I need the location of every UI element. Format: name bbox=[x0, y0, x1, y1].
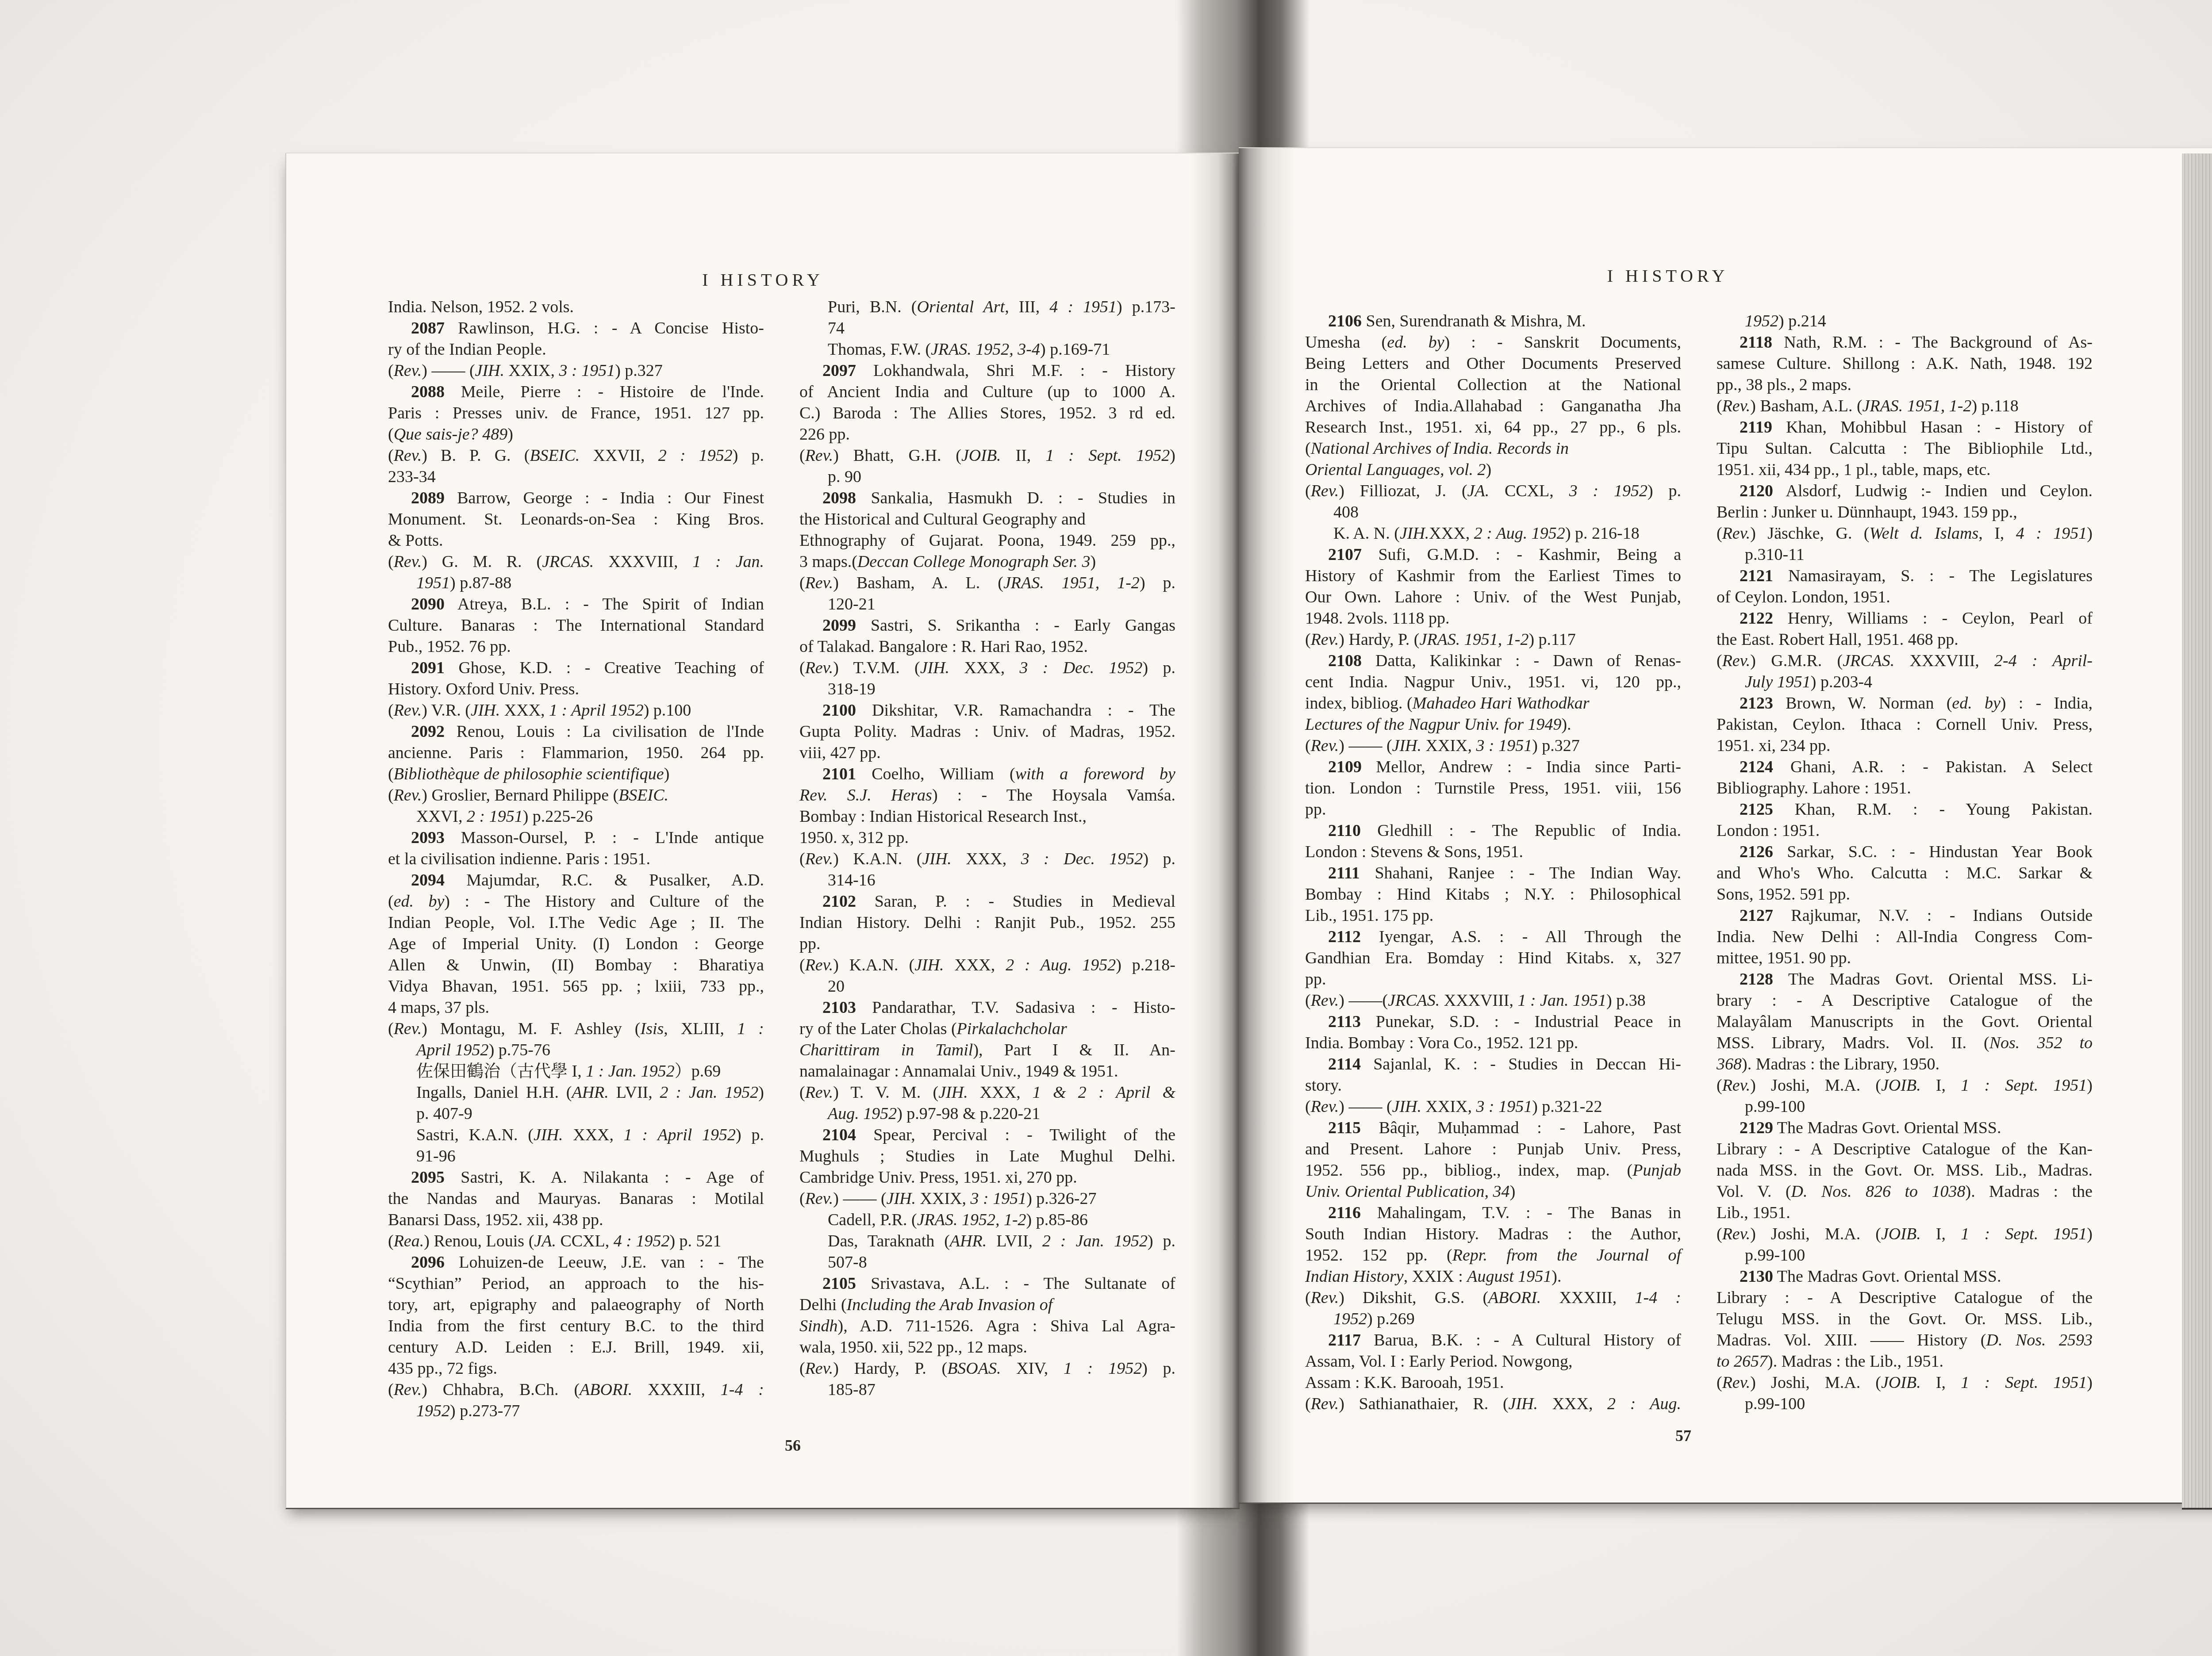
text-line: 2097 Lokhandwala, Shri M.F. : - History bbox=[822, 360, 1175, 381]
text-line: Oriental Languages, vol. 2) bbox=[1305, 459, 1681, 480]
text-line: Allen & Unwin, (II) Bombay : Bharatiya bbox=[388, 954, 764, 976]
text-line: 435 pp., 72 figs. bbox=[388, 1358, 764, 1379]
text-line: (Rev.) Basham, A. L. (JRAS. 1951, 1-2) p… bbox=[799, 572, 1175, 594]
text-line: 2121 Namasirayam, S. : - The Legislature… bbox=[1740, 565, 2093, 586]
text-line: of Talakad. Bangalore : R. Hari Rao, 195… bbox=[799, 636, 1175, 657]
text-line: the East. Robert Hall, 1951. 468 pp. bbox=[1717, 629, 2093, 650]
text-line: 1952. 152 pp. (Repr. from the Journal of bbox=[1305, 1245, 1681, 1266]
text-line: (Rev.) T.V.M. (JIH. XXX, 3 : Dec. 1952) … bbox=[799, 657, 1175, 678]
text-line: pp. bbox=[1305, 969, 1681, 990]
text-line: 2119 Khan, Mohibbul Hasan : - History of bbox=[1740, 417, 2093, 438]
text-line: 2102 Saran, P. : - Studies in Medieval bbox=[822, 891, 1175, 912]
text-line: Delhi (Including the Arab Invasion of bbox=[799, 1294, 1175, 1315]
text-line: Lib., 1951. bbox=[1717, 1202, 2093, 1223]
text-line: (Rev.) Bhatt, G.H. (JOIB. II, 1 : Sept. … bbox=[799, 445, 1175, 466]
left-column-2: Puri, B.N. (Oriental Art, III, 4 : 1951)… bbox=[799, 296, 1175, 1400]
text-line: (Rev.) —— (JIH. XXIX, 3 : 1951) p.327 bbox=[388, 360, 764, 381]
text-line: Library : - A Descriptive Catalogue of t… bbox=[1717, 1287, 2093, 1308]
text-line: (Rev.) K.A.N. (JIH. XXX, 2 : Aug. 1952) … bbox=[799, 954, 1175, 976]
text-line: Indian History, XXIX : August 1951). bbox=[1305, 1266, 1681, 1287]
text-line: (Rev.) Jäschke, G. (Welt d. Islams, I, 4… bbox=[1717, 523, 2093, 544]
text-line: 2114 Sajanlal, K. : - Studies in Deccan … bbox=[1328, 1054, 1681, 1075]
text-line: 1952) p.273-77 bbox=[416, 1400, 764, 1422]
text-line: India. Nelson, 1952. 2 vols. bbox=[388, 296, 764, 318]
text-line: ancienne. Paris : Flammarion, 1950. 264 … bbox=[388, 742, 764, 763]
text-line: MSS. Library, Madrs. Vol. II. (Nos. 352 … bbox=[1717, 1032, 2093, 1054]
text-line: p. 90 bbox=[828, 466, 1175, 487]
text-line: 佐保田鶴治（古代學 I, 1 : Jan. 1952）p.69 bbox=[416, 1061, 764, 1082]
text-line: p.99-100 bbox=[1745, 1096, 2093, 1117]
text-line: (Rev.) Hardy, P. (JRAS. 1951, 1-2) p.117 bbox=[1305, 629, 1681, 650]
text-line: London : 1951. bbox=[1717, 820, 2093, 841]
running-header-left: I HISTORY bbox=[286, 269, 1240, 290]
text-line: 2104 Spear, Percival : - Twilight of the bbox=[822, 1124, 1175, 1146]
text-line: pp. bbox=[1305, 799, 1681, 820]
text-line: 1948. 2vols. 1118 pp. bbox=[1305, 608, 1681, 629]
text-line: (Rev.) —— (JIH. XXIX, 3 : 1951) p.326-27 bbox=[799, 1188, 1175, 1209]
text-line: mittee, 1951. 90 pp. bbox=[1717, 947, 2093, 969]
text-line: 226 pp. bbox=[799, 424, 1175, 445]
text-line: 2120 Alsdorf, Ludwig :- Indien und Ceylo… bbox=[1740, 480, 2093, 502]
text-line: Age of Imperial Unity. (I) London : Geor… bbox=[388, 933, 764, 954]
text-line: Das, Taraknath (AHR. LVII, 2 : Jan. 1952… bbox=[828, 1230, 1175, 1252]
text-line: 74 bbox=[828, 318, 1175, 339]
right-column-2: 1952) p.2142118 Nath, R.M. : - The Backg… bbox=[1717, 310, 2093, 1414]
text-line: 2089 Barrow, George : - India : Our Fine… bbox=[411, 487, 764, 509]
text-line: tion. London : Turnstile Press, 1951. vi… bbox=[1305, 778, 1681, 799]
text-line: Lib., 1951. 175 pp. bbox=[1305, 905, 1681, 926]
text-line: of Ancient India and Culture (up to 1000… bbox=[799, 381, 1175, 402]
text-line: Cambridge Univ. Press, 1951. xi, 270 pp. bbox=[799, 1167, 1175, 1188]
text-line: (Rev.) Sathianathaier, R. (JIH. XXX, 2 :… bbox=[1305, 1393, 1681, 1414]
page-left: I HISTORY India. Nelson, 1952. 2 vols.20… bbox=[285, 153, 1240, 1509]
text-line: tory, art, epigraphy and palaeography of… bbox=[388, 1294, 764, 1315]
text-line: Telugu MSS. in the Govt. Or. MSS. Lib., bbox=[1717, 1308, 2093, 1330]
text-line: Assam, Vol. I : Early Period. Nowgong, bbox=[1305, 1351, 1681, 1372]
text-line: viii, 427 pp. bbox=[799, 742, 1175, 763]
text-line: (Rev.) T. V. M. (JIH. XXX, 1 & 2 : April… bbox=[799, 1082, 1175, 1103]
text-line: (Rev.) Chhabra, B.Ch. (ABORI. XXXIII, 1-… bbox=[388, 1379, 764, 1400]
text-line: 2103 Pandarathar, T.V. Sadasiva : - Hist… bbox=[822, 997, 1175, 1018]
text-line: and Present. Lahore : Punjab Univ. Press… bbox=[1305, 1138, 1681, 1160]
text-line: 2126 Sarkar, S.C. : - Hindustan Year Boo… bbox=[1740, 841, 2093, 862]
book-spread: I HISTORY India. Nelson, 1952. 2 vols.20… bbox=[0, 0, 2212, 1656]
text-line: Cadell, P.R. (JRAS. 1952, 1-2) p.85-86 bbox=[828, 1209, 1175, 1230]
text-line: “Scythian” Period, an approach to the hi… bbox=[388, 1273, 764, 1294]
text-line: XXVI, 2 : 1951) p.225-26 bbox=[416, 806, 764, 827]
text-line: 2113 Punekar, S.D. : - Industrial Peace … bbox=[1328, 1011, 1681, 1032]
text-line: Umesha (ed. by) : - Sanskrit Documents, bbox=[1305, 332, 1681, 353]
text-line: & Potts. bbox=[388, 530, 764, 551]
text-line: 2123 Brown, W. Norman (ed. by) : - India… bbox=[1740, 693, 2093, 714]
text-line: 1951. xii, 434 pp., 1 pl., table, maps, … bbox=[1717, 459, 2093, 480]
text-line: 2094 Majumdar, R.C. & Pusalker, A.D. bbox=[411, 870, 764, 891]
text-line: 2117 Barua, B.K. : - A Cultural History … bbox=[1328, 1330, 1681, 1351]
text-line: Sons, 1952. 591 pp. bbox=[1717, 884, 2093, 905]
text-line: Vol. V. (D. Nos. 826 to 1038). Madras : … bbox=[1717, 1181, 2093, 1202]
text-line: (Rev.) G.M.R. (JRCAS. XXXVIII, 2-4 : Apr… bbox=[1717, 650, 2093, 671]
text-line: Berlin : Junker u. Dünnhaupt, 1943. 159 … bbox=[1717, 502, 2093, 523]
text-line: Sindh), A.D. 711-1526. Agra : Shiva Lal … bbox=[799, 1315, 1175, 1337]
text-line: (Bibliothèque de philosophie scientifiqu… bbox=[388, 763, 764, 785]
text-line: Paris : Presses univ. de France, 1951. 1… bbox=[388, 402, 764, 424]
text-line: 408 bbox=[1333, 502, 1681, 523]
text-line: April 1952) p.75-76 bbox=[416, 1039, 764, 1061]
text-line: (Rev.) Joshi, M.A. (JOIB. I, 1 : Sept. 1… bbox=[1717, 1075, 2093, 1096]
text-line: the Nandas and Mauryas. Banaras : Motila… bbox=[388, 1188, 764, 1209]
text-line: p. 407-9 bbox=[416, 1103, 764, 1124]
text-line: (Rea.) Renou, Louis (JA. CCXL, 4 : 1952)… bbox=[388, 1230, 764, 1252]
text-line: Bibliography. Lahore : 1951. bbox=[1717, 778, 2093, 799]
text-line: Sastri, K.A.N. (JIH. XXX, 1 : April 1952… bbox=[416, 1124, 764, 1146]
text-line: pp., 38 pls., 2 maps. bbox=[1717, 374, 2093, 395]
text-line: 2108 Datta, Kalikinkar : - Dawn of Renas… bbox=[1328, 650, 1681, 671]
text-line: 2127 Rajkumar, N.V. : - Indians Outside bbox=[1740, 905, 2093, 926]
text-line: 318-19 bbox=[828, 678, 1175, 700]
text-line: 2109 Mellor, Andrew : - India since Part… bbox=[1328, 756, 1681, 778]
text-line: 1951) p.87-88 bbox=[416, 572, 764, 594]
text-line: South Indian History. Madras : the Autho… bbox=[1305, 1223, 1681, 1245]
text-line: India. New Delhi : All-India Congress Co… bbox=[1717, 926, 2093, 947]
text-line: 2099 Sastri, S. Srikantha : - Early Gang… bbox=[822, 615, 1175, 636]
text-line: (Rev.) —— (JIH. XXIX, 3 : 1951) p.321-22 bbox=[1305, 1096, 1681, 1117]
text-line: (Rev.) —— (JIH. XXIX, 3 : 1951) p.327 bbox=[1305, 735, 1681, 756]
text-line: p.99-100 bbox=[1745, 1245, 2093, 1266]
text-line: Monument. St. Leonards-on-Sea : King Bro… bbox=[388, 509, 764, 530]
text-line: 2110 Gledhill : - The Republic of India. bbox=[1328, 820, 1681, 841]
text-line: 2125 Khan, R.M. : - Young Pakistan. bbox=[1740, 799, 2093, 820]
text-line: Charittiram in Tamil), Part I & II. An- bbox=[799, 1039, 1175, 1061]
text-line: (ed. by) : - The History and Culture of … bbox=[388, 891, 764, 912]
text-line: Banarsi Dass, 1952. xii, 438 pp. bbox=[388, 1209, 764, 1230]
text-line: (Rev.) Hardy, P. (BSOAS. XIV, 1 : 1952) … bbox=[799, 1358, 1175, 1379]
text-line: Rev. S.J. Heras) : - The Hoysala Vamśa. bbox=[799, 785, 1175, 806]
text-line: Archives of India.Allahabad : Ganganatha… bbox=[1305, 395, 1681, 417]
text-line: 2118 Nath, R.M. : - The Background of As… bbox=[1740, 332, 2093, 353]
text-line: 2128 The Madras Govt. Oriental MSS. Li- bbox=[1740, 969, 2093, 990]
text-line: 2124 Ghani, A.R. : - Pakistan. A Select bbox=[1740, 756, 2093, 778]
text-line: 2095 Sastri, K. A. Nilakanta : - Age of bbox=[411, 1167, 764, 1188]
text-line: 2098 Sankalia, Hasmukh D. : - Studies in bbox=[822, 487, 1175, 509]
text-line: Univ. Oriental Publication, 34) bbox=[1305, 1181, 1681, 1202]
text-line: to 2657). Madras : the Lib., 1951. bbox=[1717, 1351, 2093, 1372]
text-line: 2101 Coelho, William (with a foreword by bbox=[822, 763, 1175, 785]
text-line: July 1951) p.203-4 bbox=[1745, 671, 2093, 693]
text-line: History. Oxford Univ. Press. bbox=[388, 678, 764, 700]
text-line: 2111 Shahani, Ranjee : - The Indian Way. bbox=[1328, 862, 1681, 884]
text-line: Bombay : Indian Historical Research Inst… bbox=[799, 806, 1175, 827]
text-line: 20 bbox=[828, 976, 1175, 997]
text-line: nada MSS. in the Govt. Or. MSS. Lib., Ma… bbox=[1717, 1160, 2093, 1181]
text-line: Mughuls ; Studies in Late Mughul Delhi. bbox=[799, 1146, 1175, 1167]
text-line: Gupta Polity. Madras : Univ. of Madras, … bbox=[799, 721, 1175, 742]
text-line: brary : - A Descriptive Catalogue of the bbox=[1717, 990, 2093, 1011]
text-line: 2093 Masson-Oursel, P. : - L'Inde antiqu… bbox=[411, 827, 764, 848]
text-line: story. bbox=[1305, 1075, 1681, 1096]
text-line: C.) Baroda : The Allies Stores, 1952. 3 … bbox=[799, 402, 1175, 424]
left-column-1: India. Nelson, 1952. 2 vols.2087 Rawlins… bbox=[388, 296, 764, 1422]
text-line: 1952) p.269 bbox=[1333, 1308, 1681, 1330]
text-line: Ingalls, Daniel H.H. (AHR. LVII, 2 : Jan… bbox=[416, 1082, 764, 1103]
text-line: (Rev.) Montagu, M. F. Ashley (Isis, XLII… bbox=[388, 1018, 764, 1039]
text-line: (Rev.) K.A.N. (JIH. XXX, 3 : Dec. 1952) … bbox=[799, 848, 1175, 870]
text-line: Library : - A Descriptive Catalogue of t… bbox=[1717, 1138, 2093, 1160]
text-line: 2122 Henry, Williams : - Ceylon, Pearl o… bbox=[1740, 608, 2093, 629]
text-line: Assam : K.K. Barooah, 1951. bbox=[1305, 1372, 1681, 1393]
text-line: Indian People, Vol. I.The Vedic Age ; II… bbox=[388, 912, 764, 933]
text-line: 1950. x, 312 pp. bbox=[799, 827, 1175, 848]
text-line: 1952) p.214 bbox=[1745, 310, 2093, 332]
text-line: (Rev.) V.R. (JIH. XXX, 1 : April 1952) p… bbox=[388, 700, 764, 721]
text-line: Aug. 1952) p.97-98 & p.220-21 bbox=[828, 1103, 1175, 1124]
text-line: p.310-11 bbox=[1745, 544, 2093, 565]
text-line: Lectures of the Nagpur Univ. for 1949). bbox=[1305, 714, 1681, 735]
text-line: (Rev.) Filliozat, J. (JA. CCXL, 3 : 1952… bbox=[1305, 480, 1681, 502]
text-line: 2090 Atreya, B.L. : - The Spirit of Indi… bbox=[411, 594, 764, 615]
text-line: 2129 The Madras Govt. Oriental MSS. bbox=[1740, 1117, 2093, 1138]
text-line: (Rev.) Basham, A.L. (JRAS. 1951, 1-2) p.… bbox=[1717, 395, 2093, 417]
text-line: (Rev.) Joshi, M.A. (JOIB. I, 1 : Sept. 1… bbox=[1717, 1372, 2093, 1393]
text-line: Madras. Vol. XIII. —— History (D. Nos. 2… bbox=[1717, 1330, 2093, 1351]
text-line: 2130 The Madras Govt. Oriental MSS. bbox=[1740, 1266, 2093, 1287]
text-line: ry of the Later Cholas (Pirkalachcholar bbox=[799, 1018, 1175, 1039]
text-line: Research Inst., 1951. xi, 64 pp., 27 pp.… bbox=[1305, 417, 1681, 438]
text-line: Gandhian Era. Bomday : Hind Kitabs. x, 3… bbox=[1305, 947, 1681, 969]
text-line: Ethnography of Gujarat. Poona, 1949. 259… bbox=[799, 530, 1175, 551]
text-line: pp. bbox=[799, 933, 1175, 954]
text-line: 1952. 556 pp., bibliog., index, map. (Pu… bbox=[1305, 1160, 1681, 1181]
text-line: India from the first century B.C. to the… bbox=[388, 1315, 764, 1337]
text-line: (Rev.) Groslier, Bernard Philippe (BSEIC… bbox=[388, 785, 764, 806]
text-line: Bombay : Hind Kitabs ; N.Y. : Philosophi… bbox=[1305, 884, 1681, 905]
text-line: Thomas, F.W. (JRAS. 1952, 3-4) p.169-71 bbox=[828, 339, 1175, 360]
text-line: 4 maps, 37 pls. bbox=[388, 997, 764, 1018]
text-line: 2105 Srivastava, A.L. : - The Sultanate … bbox=[822, 1273, 1175, 1294]
text-line: (Rev.) ——(JRCAS. XXXVIII, 1 : Jan. 1951)… bbox=[1305, 990, 1681, 1011]
text-line: 368). Madras : the Library, 1950. bbox=[1717, 1054, 2093, 1075]
text-line: 1951. xi, 234 pp. bbox=[1717, 735, 2093, 756]
text-line: 2088 Meile, Pierre : - Histoire de l'Ind… bbox=[411, 381, 764, 402]
text-line: (Que sais-je? 489) bbox=[388, 424, 764, 445]
text-line: Malayâlam Manuscripts in the Govt. Orien… bbox=[1717, 1011, 2093, 1032]
text-line: 2096 Lohuizen-de Leeuw, J.E. van : - The bbox=[411, 1252, 764, 1273]
text-line: the Historical and Cultural Geography an… bbox=[799, 509, 1175, 530]
text-line: 185-87 bbox=[828, 1379, 1175, 1400]
text-line: Indian History. Delhi : Ranjit Pub., 195… bbox=[799, 912, 1175, 933]
text-line: Vidya Bhavan, 1951. 565 pp. ; lxiii, 733… bbox=[388, 976, 764, 997]
text-line: 2115 Bâqir, Muḥammad : - Lahore, Past bbox=[1328, 1117, 1681, 1138]
text-line: 3 maps.(Deccan College Monograph Ser. 3) bbox=[799, 551, 1175, 572]
text-line: samese Culture. Shillong : A.K. Nath, 19… bbox=[1717, 353, 2093, 374]
text-line: 2092 Renou, Louis : La civilisation de l… bbox=[411, 721, 764, 742]
running-header-right: I HISTORY bbox=[1239, 265, 2097, 286]
text-line: K. A. N. (JIH.XXX, 2 : Aug. 1952) p. 216… bbox=[1333, 523, 1681, 544]
text-line: Pub., 1952. 76 pp. bbox=[388, 636, 764, 657]
text-line: 2087 Rawlinson, H.G. : - A Concise Histo… bbox=[411, 318, 764, 339]
text-line: Pakistan, Ceylon. Ithaca : Cornell Univ.… bbox=[1717, 714, 2093, 735]
text-line: et la civilisation indienne. Paris : 195… bbox=[388, 848, 764, 870]
text-line: namalainagar : Annamalai Univ., 1949 & 1… bbox=[799, 1061, 1175, 1082]
text-line: wala, 1950. xii, 522 pp., 12 maps. bbox=[799, 1337, 1175, 1358]
page-number-left: 56 bbox=[768, 1436, 817, 1455]
text-line: index, bibliog. (Mahadeo Hari Wathodkar bbox=[1305, 693, 1681, 714]
text-line: (Rev.) B. P. G. (BSEIC. XXVII, 2 : 1952)… bbox=[388, 445, 764, 466]
text-line: 233-34 bbox=[388, 466, 764, 487]
text-line: 120-21 bbox=[828, 594, 1175, 615]
page-right: I HISTORY 2106 Sen, Surendranath & Mishr… bbox=[1239, 147, 2212, 1504]
text-line: (Rev.) G. M. R. (JRCAS. XXXVIII, 1 : Jan… bbox=[388, 551, 764, 572]
page-number-right: 57 bbox=[1659, 1426, 1708, 1445]
text-line: (National Archives of India. Records in bbox=[1305, 438, 1681, 459]
text-line: and Who's Who. Calcutta : M.C. Sarkar & bbox=[1717, 862, 2093, 884]
text-line: Tipu Sultan. Calcutta : The Bibliophile … bbox=[1717, 438, 2093, 459]
text-line: cent India. Nagpur Univ., 1951. vi, 120 … bbox=[1305, 671, 1681, 693]
text-line: 91-96 bbox=[416, 1146, 764, 1167]
text-line: 2112 Iyengar, A.S. : - All Through the bbox=[1328, 926, 1681, 947]
text-line: century A.D. Leiden : E.J. Brill, 1949. … bbox=[388, 1337, 764, 1358]
text-line: India. Bombay : Vora Co., 1952. 121 pp. bbox=[1305, 1032, 1681, 1054]
text-line: London : Stevens & Sons, 1951. bbox=[1305, 841, 1681, 862]
right-column-1: 2106 Sen, Surendranath & Mishra, M.Umesh… bbox=[1305, 310, 1681, 1414]
text-line: 2100 Dikshitar, V.R. Ramachandra : - The bbox=[822, 700, 1175, 721]
text-line: Puri, B.N. (Oriental Art, III, 4 : 1951)… bbox=[828, 296, 1175, 318]
text-line: Being Letters and Other Documents Preser… bbox=[1305, 353, 1681, 374]
text-line: (Rev.) Joshi, M.A. (JOIB. I, 1 : Sept. 1… bbox=[1717, 1223, 2093, 1245]
text-line: 2116 Mahalingam, T.V. : - The Banas in bbox=[1328, 1202, 1681, 1223]
text-line: ry of the Indian People. bbox=[388, 339, 764, 360]
text-line: p.99-100 bbox=[1745, 1393, 2093, 1414]
text-line: of Ceylon. London, 1951. bbox=[1717, 586, 2093, 608]
text-line: Culture. Banaras : The International Sta… bbox=[388, 615, 764, 636]
text-line: 2106 Sen, Surendranath & Mishra, M. bbox=[1328, 310, 1681, 332]
text-line: 2107 Sufi, G.M.D. : - Kashmir, Being a bbox=[1328, 544, 1681, 565]
text-line: 507-8 bbox=[828, 1252, 1175, 1273]
text-line: (Rev.) Dikshit, G.S. (ABORI. XXXIII, 1-4… bbox=[1305, 1287, 1681, 1308]
text-line: Our Own. Lahore : Univ. of the West Punj… bbox=[1305, 586, 1681, 608]
text-line: 2091 Ghose, K.D. : - Creative Teaching o… bbox=[411, 657, 764, 678]
page-edge-stack bbox=[2182, 153, 2212, 1510]
text-line: in the Oriental Collection at the Nation… bbox=[1305, 374, 1681, 395]
text-line: History of Kashmir from the Earliest Tim… bbox=[1305, 565, 1681, 586]
text-line: 314-16 bbox=[828, 870, 1175, 891]
